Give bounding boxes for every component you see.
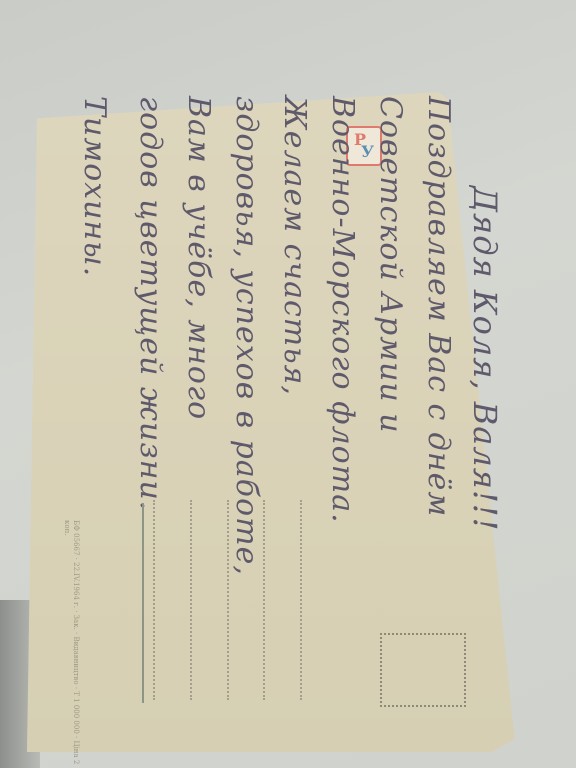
- printer-imprint: БФ 05667 · 22.IV.1964 г. · Зак. · Видавн…: [62, 520, 80, 768]
- divider-rule: [142, 503, 144, 703]
- message-line: Советской Армии и: [373, 96, 408, 434]
- address-line: [190, 500, 192, 700]
- message-line: годов цветущей жизни.: [133, 96, 168, 511]
- address-line: [263, 500, 265, 700]
- message-line: Вам в учёбе, много: [181, 96, 216, 420]
- address-line: [300, 500, 302, 700]
- signature: Тимохины.: [77, 96, 112, 277]
- stamp-placeholder-box: [380, 633, 466, 707]
- message-line: здоровья, успехов в работе,: [229, 96, 264, 576]
- message-line: Военно-Морского флота.: [325, 96, 360, 524]
- greeting-line: Дядя Коля, Валя!!!: [466, 186, 504, 532]
- address-line: [153, 500, 155, 700]
- address-line: [227, 500, 229, 700]
- message-line: Желаем счастья,: [277, 96, 312, 396]
- message-line: Поздравляем Вас с днём: [421, 96, 456, 517]
